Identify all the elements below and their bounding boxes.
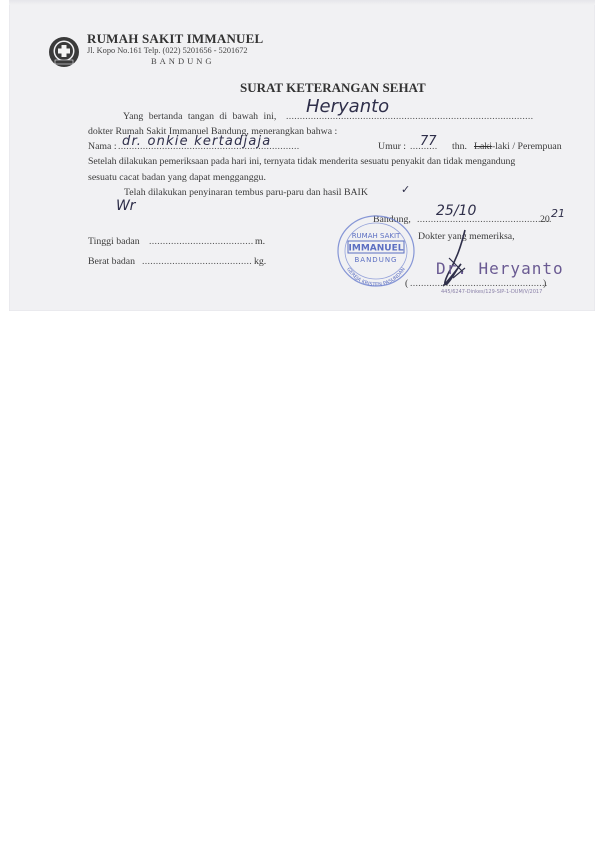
age-label: Umur :	[378, 141, 406, 152]
signer-intro-label: Yang bertanda tangan di bawah ini,	[123, 111, 276, 122]
height-unit: m.	[255, 236, 265, 247]
gender-struck: Laki	[474, 141, 492, 152]
xray-check-mark: ✓	[401, 183, 410, 196]
hospital-city: BANDUNG	[151, 56, 215, 66]
svg-text:BANDUNG: BANDUNG	[354, 256, 397, 264]
initials-handwritten: Wr	[116, 198, 135, 214]
xray-statement: Telah dilakukan penyinaran tembus paru-p…	[124, 187, 368, 198]
sip-number: 445/6247-Dinkes/129-SIP-1-DUM/V/2017	[441, 289, 542, 295]
hospital-address: Jl. Kopo No.161 Telp. (022) 5201656 - 52…	[87, 46, 248, 55]
svg-text:RUMAH SAKIT: RUMAH SAKIT	[352, 232, 401, 240]
age-value: 77	[420, 134, 437, 149]
height-dots: ......................................	[149, 236, 253, 247]
age-unit: thn.	[452, 141, 467, 152]
signer-handwritten: Heryanto	[306, 96, 389, 117]
gender-field: Laki-laki / Perempuan	[474, 141, 562, 152]
sign-close-paren: )	[543, 278, 546, 289]
date-value: 25/10	[436, 203, 476, 219]
weight-unit: kg.	[254, 256, 266, 267]
statement-paragraph-2: sesuatu cacat badan yang dapat menggangg…	[88, 172, 266, 183]
svg-text:GEREJA KRISTEN PASUNDAN: GEREJA KRISTEN PASUNDAN	[345, 266, 407, 288]
year-value: 21	[551, 207, 565, 220]
gender-rest: -laki / Perempuan	[492, 141, 562, 152]
year-prefix: 20	[540, 214, 550, 225]
svg-text:IMMANUEL: IMMANUEL	[349, 244, 404, 254]
document-title: SURAT KETERANGAN SEHAT	[240, 80, 426, 96]
weight-label: Berat badan	[88, 256, 135, 267]
doctor-name-stamp: Dr. Heryanto	[436, 259, 564, 278]
hospital-name: RUMAH SAKIT IMMANUEL	[87, 31, 263, 47]
sign-dots: ........................................…	[410, 278, 547, 289]
statement-paragraph-1: Setelah dilakukan pemeriksaan pada hari …	[88, 156, 515, 167]
hospital-stamp-icon: RUMAH SAKIT IMMANUEL BANDUNG GEREJA KRIS…	[335, 213, 417, 289]
weight-dots: ........................................	[142, 256, 252, 267]
height-label: Tinggi badan	[88, 236, 140, 247]
name-value: dr. onkie kertadjaja	[122, 134, 271, 149]
name-label: Nama :	[88, 141, 117, 152]
hospital-logo-icon	[48, 36, 80, 68]
